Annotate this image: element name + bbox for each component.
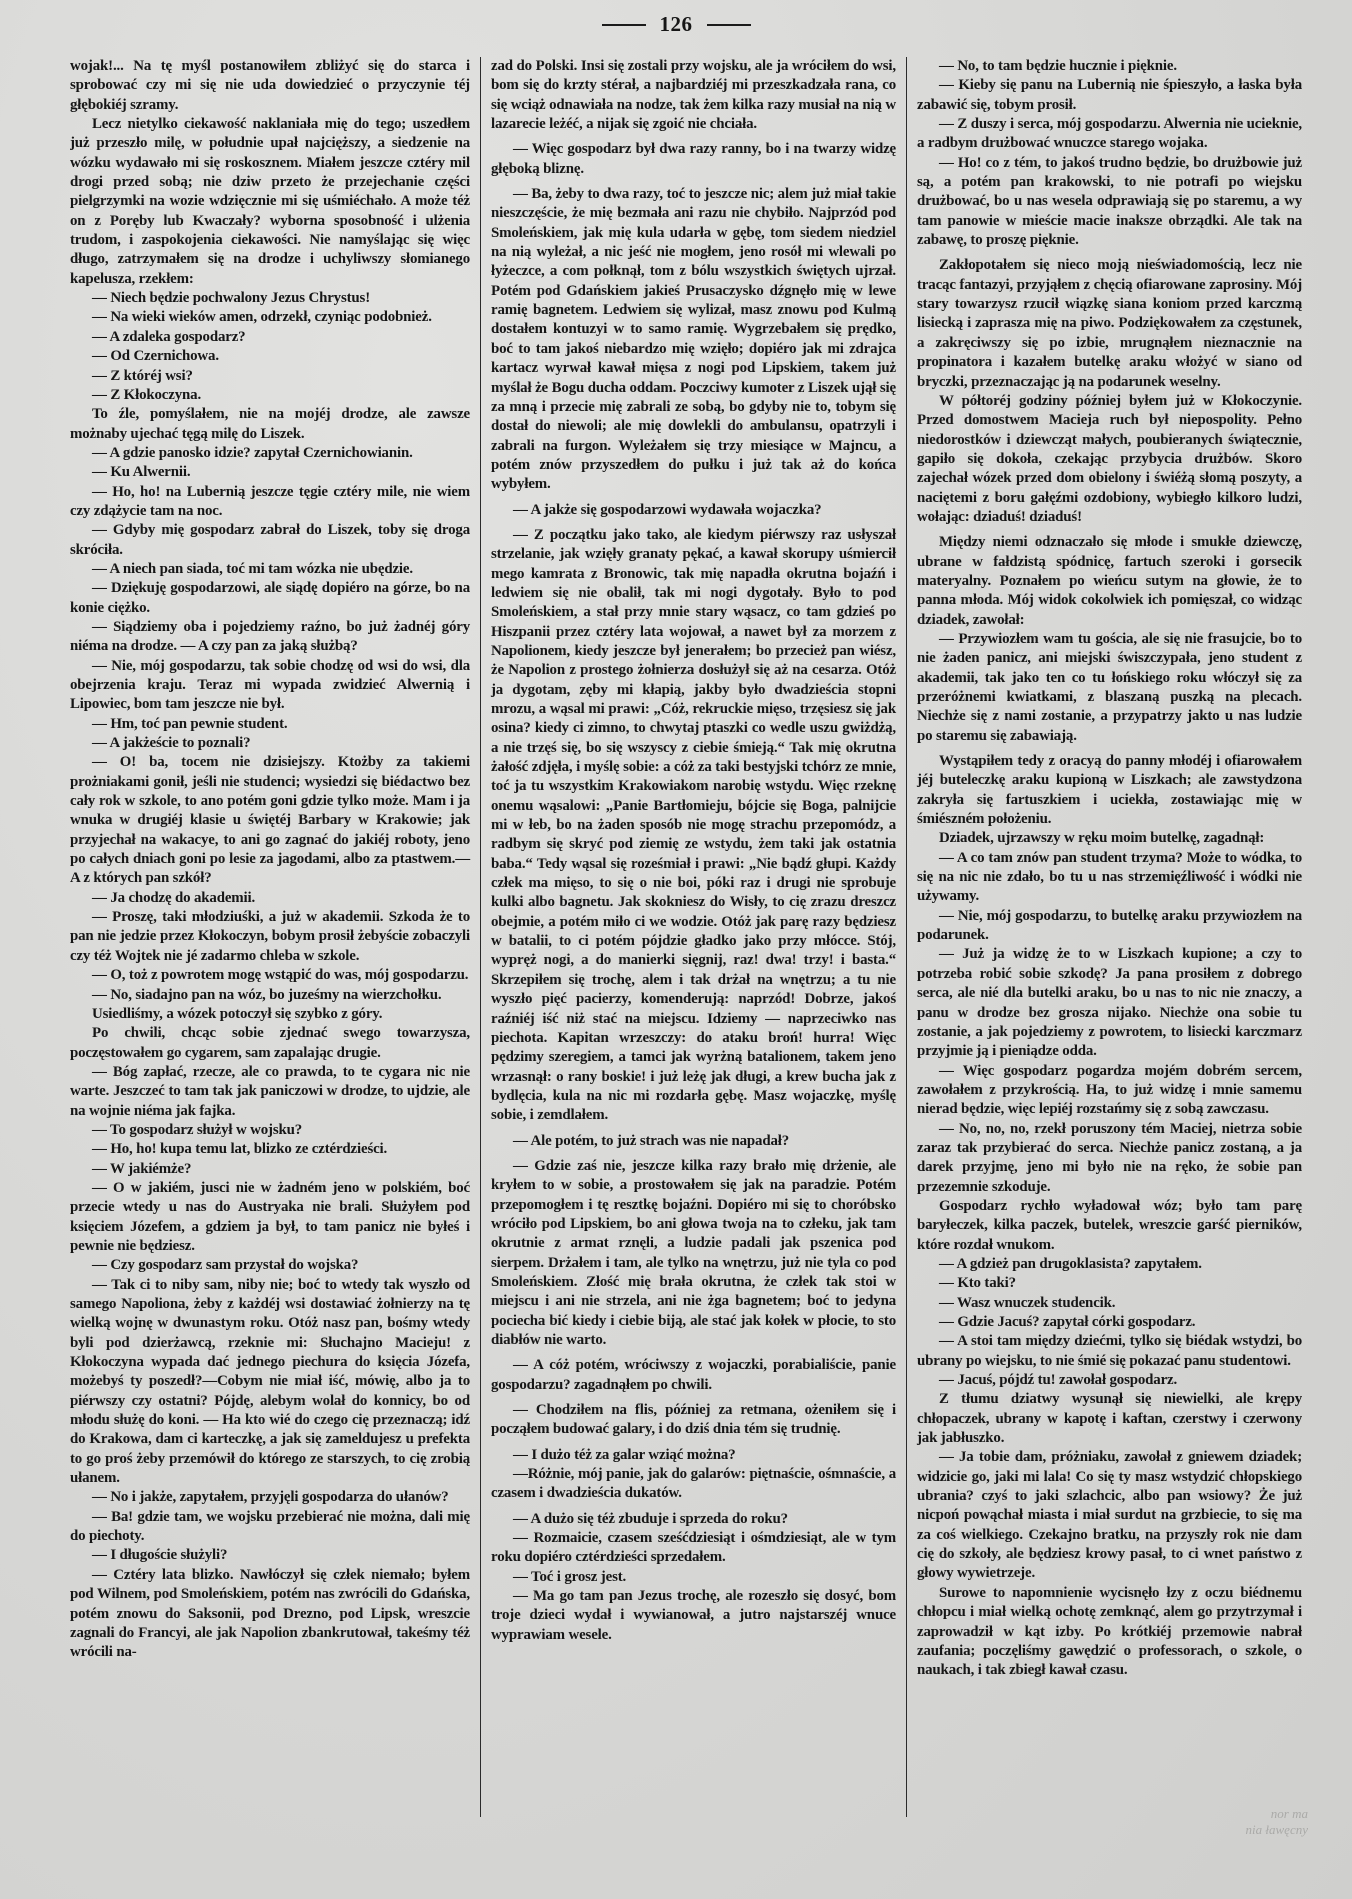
paragraph: — To gospodarz służył w wojsku? [70, 1121, 470, 1140]
paragraph: — Ho, ho! kupa temu lat, blizko ze cztér… [70, 1140, 470, 1159]
paragraph: — No, no, no, rzekł poruszony tém Maciej… [917, 1120, 1302, 1197]
paragraph: — Od Czernichowa. [70, 347, 470, 366]
paragraph: — Przywiozłem wam tu gościa, ale się nie… [917, 630, 1302, 746]
bleed-through-line: nia ławęcny [1188, 1822, 1308, 1838]
paragraph: — Bóg zapłać, rzecze, ale co prawda, to … [70, 1063, 470, 1121]
paragraph: — Ma go tam pan Jezus trochę, ale rozesz… [491, 1587, 896, 1645]
paragraph: To źle, pomyślałem, nie na mojéj drodze,… [70, 405, 470, 444]
paragraph: — Nie, mój gospodarzu, tak sobie chodzę … [70, 657, 470, 715]
paragraph: — A zdaleka gospodarz? [70, 328, 470, 347]
paragraph: — Już ja widzę że to w Liszkach kupione;… [917, 945, 1302, 1061]
paragraph: — A dużo się téż zbuduje i sprzeda do ro… [491, 1510, 896, 1529]
text-column-2: zad do Polski. Insi się zostali przy woj… [480, 57, 906, 1817]
paragraph: — Rozmaicie, czasem sześćdziesiąt i ośmd… [491, 1529, 896, 1568]
paragraph: — O w jakiém, jusci nie w żadném jeno w … [70, 1179, 470, 1256]
paragraph: — Chodziłem na flis, później za retmana,… [491, 1401, 896, 1440]
paragraph: — Więc gospodarz był dwa razy ranny, bo … [491, 140, 896, 179]
paragraph: — Toć i grosz jest. [491, 1568, 896, 1587]
paragraph: — Ale potém, to już strach was nie napad… [491, 1132, 896, 1151]
paragraph: Lecz nietylko ciekawość naklaniała mię d… [70, 115, 470, 289]
paragraph: Zakłopotałem się nieco moją nieświadomoś… [917, 256, 1302, 391]
paragraph: Usiedliśmy, a wózek potoczył się szybko … [70, 1005, 470, 1024]
bleed-through-text: nor ma nia ławęcny [1188, 1806, 1308, 1838]
paragraph: zad do Polski. Insi się zostali przy woj… [491, 57, 896, 134]
article-body: wojak!... Na tę myśl postanowiłem zbliży… [70, 57, 1302, 1817]
paragraph: — Niech będzie pochwalony Jezus Chrystus… [70, 289, 470, 308]
paragraph: — Nie, mój gospodarzu, to butelkę araku … [917, 907, 1302, 946]
paragraph: — A gdzież pan drugoklasista? zapytałem. [917, 1255, 1302, 1274]
paragraph: — Hm, toć pan pewnie student. [70, 715, 470, 734]
paragraph: — Z Kłokoczyna. [70, 386, 470, 405]
paragraph: — Cztéry lata blizko. Nawłóczył się człe… [70, 1566, 470, 1663]
paragraph: — A cóż potém, wróciwszy z wojaczki, por… [491, 1356, 896, 1395]
paragraph: Gospodarz rychło wyładował wóz; było tam… [917, 1197, 1302, 1255]
paragraph: Z tłumu dziatwy wysunął się niewielki, a… [917, 1390, 1302, 1448]
paragraph: — Dziękuję gospodarzowi, ale siądę dopié… [70, 579, 470, 618]
text-column-3: — No, to tam będzie hucznie i pięknie.— … [906, 57, 1302, 1817]
paragraph: — Tak ci to niby sam, niby nie; boć to w… [70, 1276, 470, 1489]
paragraph: — A niech pan siada, toć mi tam wózka ni… [70, 560, 470, 579]
paragraph: — Z początku jako tako, ale kiedym piérw… [491, 526, 896, 1126]
page-number-header: 126 [0, 12, 1352, 37]
paragraph: — W jakiémże? [70, 1160, 470, 1179]
paragraph: — A stoi tam między dziećmi, tylko się b… [917, 1332, 1302, 1371]
bleed-through-line: nor ma [1188, 1806, 1308, 1822]
paragraph: Między niemi odznaczało się młode i smuk… [917, 533, 1302, 630]
paragraph: — Ja chodzę do akademii. [70, 889, 470, 908]
paragraph: — No i jakże, zapytałem, przyjęli gospod… [70, 1488, 470, 1507]
paragraph: — I dużo téż za galar wziąć można? [491, 1446, 896, 1465]
paragraph: — No, siadajno pan na wóz, bo juześmy na… [70, 986, 470, 1005]
paragraph: — A co tam znów pan student trzyma? Może… [917, 849, 1302, 907]
paragraph: — Ja tobie dam, próżniaku, zawołał z gni… [917, 1448, 1302, 1583]
paragraph: — O, toż z powrotem mogę wstąpić do was,… [70, 966, 470, 985]
paragraph: W półtoréj godziny później byłem już w K… [917, 392, 1302, 527]
paragraph: — Siądziemy oba i pojedziemy raźno, bo j… [70, 618, 470, 657]
paragraph: — Jacuś, pójdź tu! zawołał gospodarz. [917, 1371, 1302, 1390]
paragraph: — Ku Alwernii. [70, 463, 470, 482]
left-dash-ornament [602, 24, 646, 26]
paragraph: Dziadek, ujrzawszy w ręku moim butelkę, … [917, 829, 1302, 848]
text-column-1: wojak!... Na tę myśl postanowiłem zbliży… [70, 57, 480, 1817]
paragraph: — O! ba, tocem nie dzisiejszy. Ktożby za… [70, 753, 470, 888]
right-dash-ornament [707, 24, 751, 26]
paragraph: — A jakżeście to poznali? [70, 734, 470, 753]
paragraph: — Wasz wnuczek studencik. [917, 1294, 1302, 1313]
paragraph: — Gdzie zaś nie, jeszcze kilka razy brał… [491, 1157, 896, 1350]
paragraph: — A jakże się gospodarzowi wydawała woja… [491, 501, 896, 520]
paragraph: Wystąpiłem tedy z oracyą do panny młodéj… [917, 752, 1302, 829]
paragraph: — A gdzie panosko idzie? zapytał Czernic… [70, 444, 470, 463]
paragraph: — Na wieki wieków amen, odrzekł, czyniąc… [70, 308, 470, 327]
paragraph: Surowe to napomnienie wycisnęło łzy z oc… [917, 1584, 1302, 1681]
paragraph: — Więc gospodarz pogardza mojém dobrém s… [917, 1062, 1302, 1120]
paragraph: — Kto taki? [917, 1274, 1302, 1293]
paragraph: wojak!... Na tę myśl postanowiłem zbliży… [70, 57, 470, 115]
paragraph: — Proszę, taki młodziuśki, a już w akade… [70, 908, 470, 966]
paragraph: Po chwili, chcąc sobie zjednać swego tow… [70, 1024, 470, 1063]
paragraph: — Czy gospodarz sam przystał do wojska? [70, 1256, 470, 1275]
paragraph: — Kieby się panu na Lubernią nie śpieszy… [917, 76, 1302, 115]
paragraph: — Z któréj wsi? [70, 367, 470, 386]
paragraph: — No, to tam będzie hucznie i pięknie. [917, 57, 1302, 76]
paragraph: — Gdzie Jacuś? zapytał córki gospodarz. [917, 1313, 1302, 1332]
paragraph: — Z duszy i serca, mój gospodarzu. Alwer… [917, 115, 1302, 154]
paragraph: — Ho! co z tém, to jakoś trudno będzie, … [917, 154, 1302, 251]
paragraph: — I długoście służyli? [70, 1546, 470, 1565]
paragraph: — Ba! gdzie tam, we wojsku przebierać ni… [70, 1508, 470, 1547]
paragraph: — Ho, ho! na Lubernią jeszcze tęgie czté… [70, 483, 470, 522]
page-number: 126 [660, 12, 693, 37]
paragraph: —Różnie, mój panie, jak do galarów: pięt… [491, 1465, 896, 1504]
paragraph: — Gdyby mię gospodarz zabrał do Liszek, … [70, 521, 470, 560]
paragraph: — Ba, żeby to dwa razy, toć to jeszcze n… [491, 185, 896, 495]
